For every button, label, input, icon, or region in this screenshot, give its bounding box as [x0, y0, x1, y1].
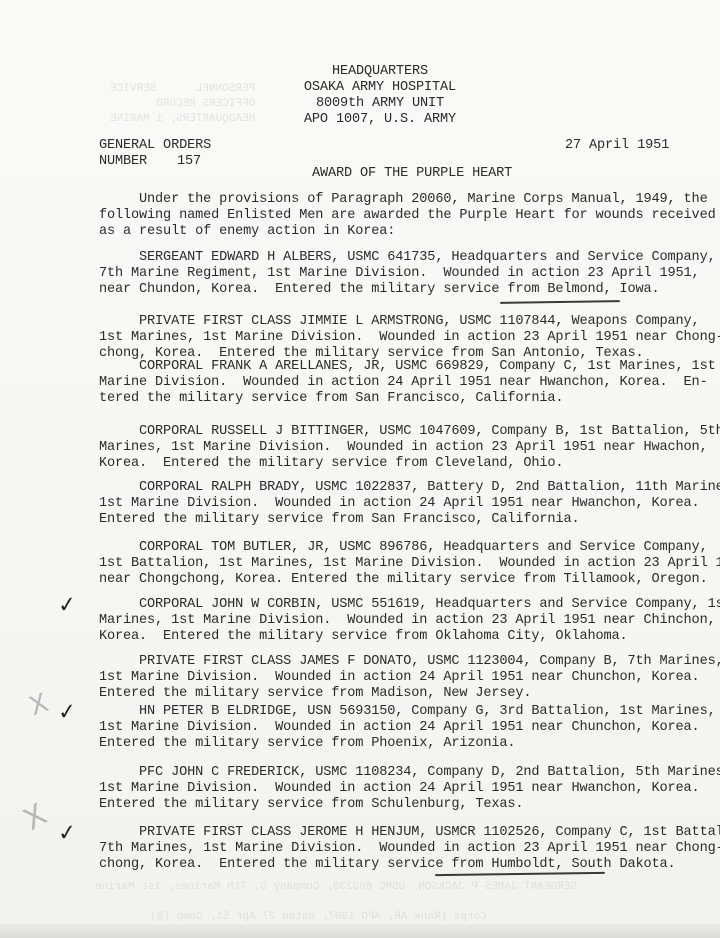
awardee-entry-line: Entered the military service from Phoeni… — [99, 736, 515, 752]
awardee-entry-heading-line: CORPORAL JOHN W CORBIN, USMC 551619, Hea… — [99, 597, 720, 613]
awardee-entry-line: near Chongchong, Korea. Entered the mili… — [99, 572, 708, 588]
intro-line: following named Enlisted Men are awarded… — [99, 208, 716, 224]
awardee-entry-heading-line: PRIVATE FIRST CLASS JEROME H HENJUM, USM… — [99, 825, 720, 841]
checkmark-icon: ✓ — [57, 592, 78, 619]
awardee-entry-line: 1st Marine Division. Wounded in action 2… — [99, 720, 700, 736]
awardee-entry-line: 1st Marine Division. Wounded in action 2… — [99, 781, 700, 797]
pencil-x-mark: X — [18, 797, 53, 838]
awardee-entry-heading-line: PRIVATE FIRST CLASS JAMES F DONATO, USMC… — [99, 654, 720, 670]
awardee-entry-heading-line: CORPORAL TOM BUTLER, JR, USMC 896786, He… — [99, 540, 708, 556]
awardee-entry-line: 1st Marines, 1st Marine Division. Wounde… — [99, 330, 720, 346]
awardee-entry-line: 7th Marines, 1st Marine Division. Wounde… — [99, 841, 720, 857]
awardee-entry-heading-line: SERGEANT EDWARD H ALBERS, USMC 641735, H… — [99, 250, 716, 266]
bleed-through-text: SERGEANT JAMES P JACKSON, USMC 663239, C… — [95, 880, 577, 895]
awardee-entry-line: chong, Korea. Entered the military servi… — [99, 857, 676, 873]
header-line-4: APO 1007, U.S. ARMY — [0, 112, 720, 128]
document-page: PERSONNEL SERVICE OFFICERS RECORD HEADQU… — [0, 0, 720, 938]
order-date: 27 April 1951 — [565, 138, 669, 154]
awardee-entry-line: Entered the military service from Schule… — [99, 797, 523, 813]
awardee-entry-heading-line: PRIVATE FIRST CLASS JIMMIE L ARMSTRONG, … — [99, 314, 700, 330]
number-label: NUMBER — [99, 154, 147, 170]
document-title: AWARD OF THE PURPLE HEART — [312, 166, 512, 182]
awardee-entry-line: Marine Division. Wounded in action 24 Ap… — [99, 375, 708, 391]
awardee-entry-line: 1st Battalion, 1st Marines, 1st Marine D… — [99, 556, 720, 572]
awardee-entry-line: tered the military service from San Fran… — [99, 391, 563, 407]
awardee-entry-heading-line: CORPORAL RUSSELL J BITTINGER, USMC 10476… — [99, 424, 720, 440]
header-line-3: 8009th ARMY UNIT — [0, 96, 720, 112]
header-line-2: OSAKA ARMY HOSPITAL — [0, 80, 720, 96]
page-bottom-edge — [0, 924, 720, 938]
intro-line: as a result of enemy action in Korea: — [99, 224, 395, 240]
awardee-entry-line: 1st Marine Division. Wounded in action 2… — [99, 496, 700, 512]
awardee-entry-heading-line: CORPORAL RALPH BRADY, USMC 1022837, Batt… — [99, 480, 720, 496]
awardee-entry-line: Korea. Entered the military service from… — [99, 456, 563, 472]
checkmark-icon: ✓ — [57, 820, 78, 847]
awardee-entry-line: Marines, 1st Marine Division. Wounded in… — [99, 613, 716, 629]
awardee-entry-heading-line: CORPORAL FRANK A ARELLANES, JR, USMC 669… — [99, 359, 716, 375]
awardee-entry-line: 1st Marine Division. Wounded in action 2… — [99, 670, 700, 686]
awardee-entry-line: 7th Marine Regiment, 1st Marine Division… — [99, 266, 700, 282]
order-number: 157 — [177, 154, 201, 170]
bleed-through-text: Corps (Rank AR, APO 1007, dated 27 Apr 5… — [150, 910, 487, 925]
intro-line: Under the provisions of Paragraph 20060,… — [99, 192, 708, 208]
header-line-1: HEADQUARTERS — [0, 64, 720, 80]
awardee-entry-line: Entered the military service from Madiso… — [99, 686, 531, 702]
checkmark-icon: ✓ — [57, 699, 78, 726]
awardee-entry-line: Korea. Entered the military service from… — [99, 629, 628, 645]
handwritten-underline — [500, 300, 620, 304]
awardee-entry-heading-line: HN PETER B ELDRIDGE, USN 5693150, Compan… — [99, 704, 716, 720]
awardee-entry-line: Entered the military service from San Fr… — [99, 512, 579, 528]
pencil-x-mark: X — [25, 688, 52, 722]
awardee-entry-line: near Chundon, Korea. Entered the militar… — [99, 282, 660, 298]
general-orders-label: GENERAL ORDERS — [99, 138, 211, 154]
awardee-entry-heading-line: PFC JOHN C FREDERICK, USMC 1108234, Comp… — [99, 765, 720, 781]
awardee-entry-line: Marines, 1st Marine Division. Wounded in… — [99, 440, 708, 456]
